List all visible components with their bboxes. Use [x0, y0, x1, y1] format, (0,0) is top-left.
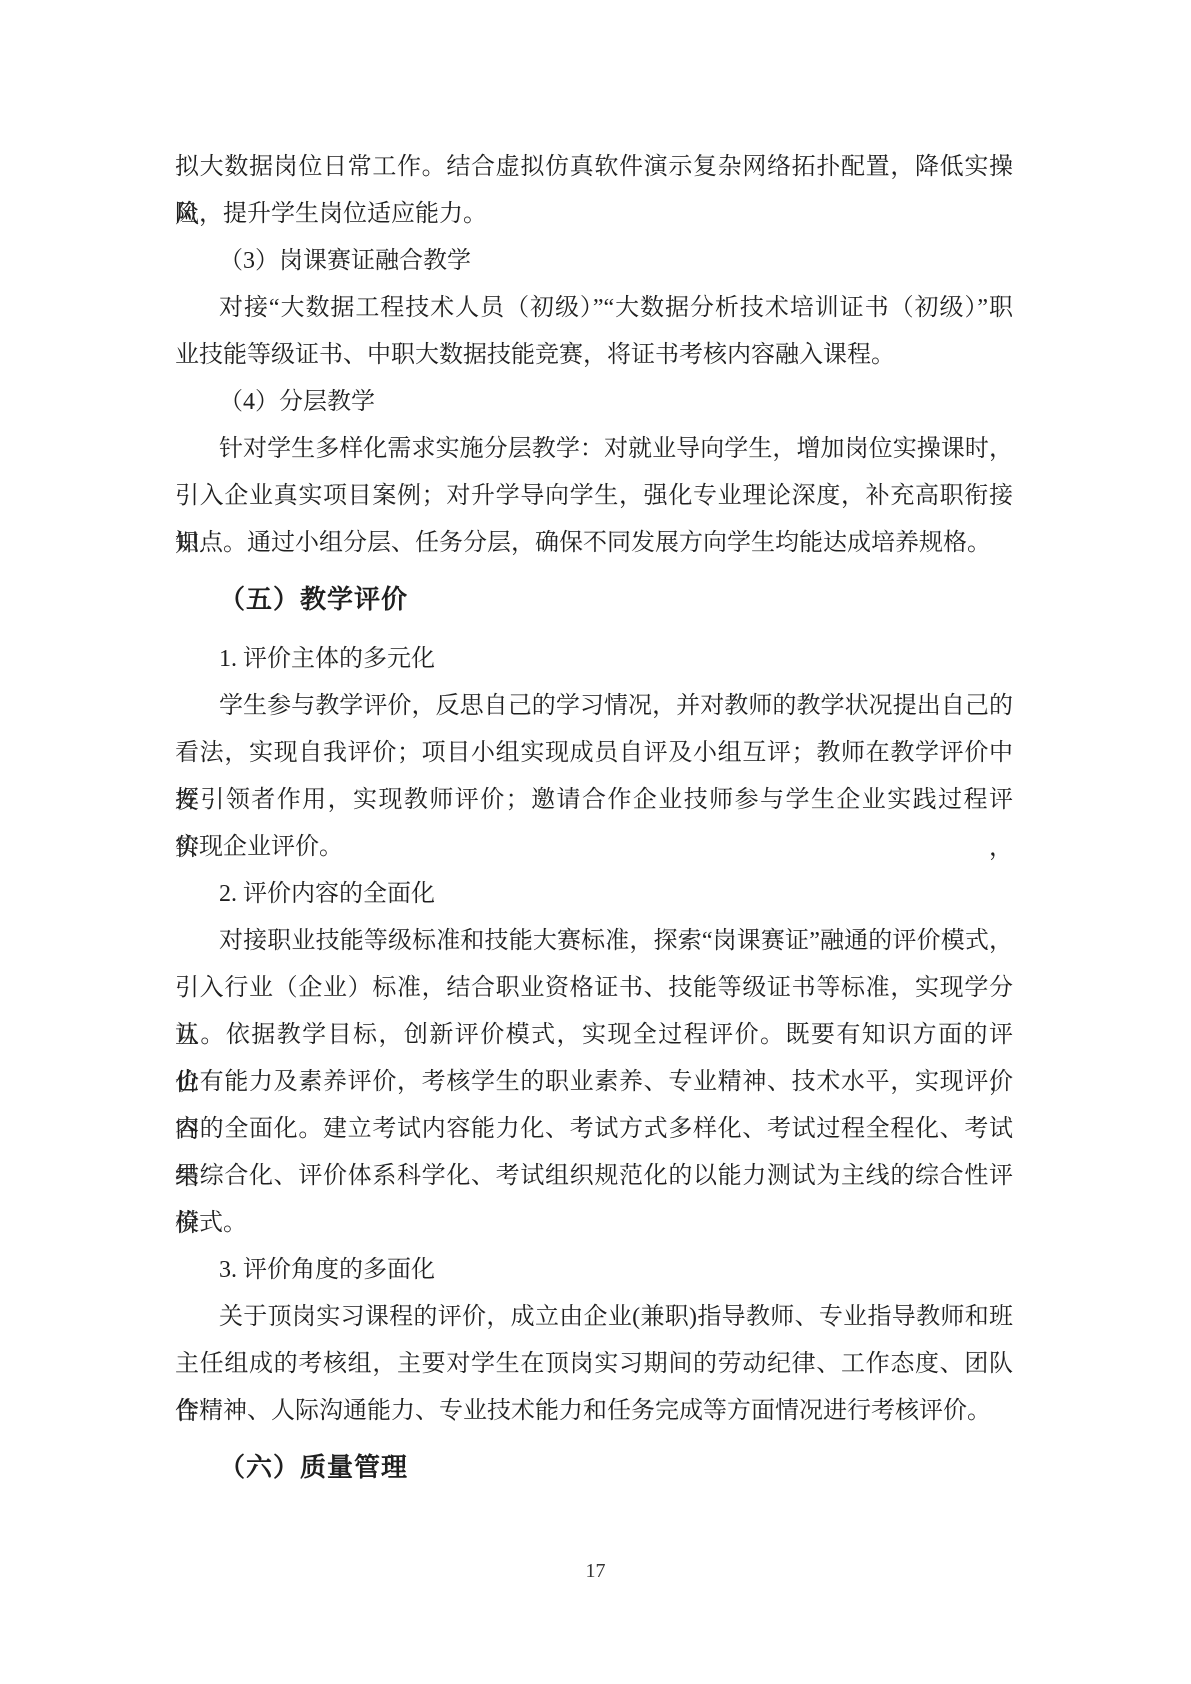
text-line: 挥引领者作用，实现教师评价；邀请合作企业技师参与学生企业实践过程评价， — [175, 776, 1013, 824]
text-line: 2. 评价内容的全面化 — [219, 870, 435, 918]
text-line: 3. 评价角度的多面化 — [219, 1246, 435, 1294]
page-number: 17 — [0, 1560, 1191, 1583]
text-line: 也有能力及素养评价，考核学生的职业素养、专业精神、技术水平，实现评价内 — [175, 1058, 1013, 1106]
text-line: 学生参与教学评价，反思自己的学习情况，并对教师的教学状况提出自己的 — [219, 682, 1013, 730]
text-line: 险，提升学生岗位适应能力。 — [175, 190, 487, 238]
text-line: 拟大数据岗位日常工作。结合虚拟仿真软件演示复杂网络拓扑配置，降低实操风 — [175, 143, 1013, 191]
text-line: （4）分层教学 — [219, 378, 375, 426]
text-line: 引入企业真实项目案例；对升学导向学生，强化专业理论深度，补充高职衔接知 — [175, 472, 1013, 520]
text-line: 业技能等级证书、中职大数据技能竞赛，将证书考核内容融入课程。 — [175, 331, 895, 379]
text-line: 果综合化、评价体系科学化、考试组织规范化的以能力测试为主线的综合性评价 — [175, 1152, 1013, 1200]
text-line: 针对学生多样化需求实施分层教学：对就业导向学生，增加岗位实操课时， — [219, 425, 1013, 473]
text-line: 认。依据教学目标，创新评价模式，实现全过程评价。既要有知识方面的评价， — [175, 1011, 1013, 1059]
section-heading: （六）质量管理 — [219, 1444, 408, 1492]
text-line: 模式。 — [175, 1199, 247, 1247]
text-block: 拟大数据岗位日常工作。结合虚拟仿真软件演示复杂网络拓扑配置，降低实操风险，提升学… — [0, 0, 1191, 1684]
text-line: 1. 评价主体的多元化 — [219, 635, 435, 683]
text-line: （3）岗课赛证融合教学 — [219, 237, 471, 285]
section-heading: （五）教学评价 — [219, 576, 408, 624]
text-line: 看法，实现自我评价；项目小组实现成员自评及小组互评；教师在教学评价中发 — [175, 729, 1013, 777]
text-line: 关于顶岗实习课程的评价，成立由企业(兼职)指导教师、专业指导教师和班 — [219, 1293, 1013, 1341]
text-line: 对接“大数据工程技术人员（初级）”“大数据分析技术培训证书（初级）”职 — [219, 284, 1013, 332]
text-line: 作精神、人际沟通能力、专业技术能力和任务完成等方面情况进行考核评价。 — [175, 1387, 991, 1435]
text-line: 识点。通过小组分层、任务分层，确保不同发展方向学生均能达成培养规格。 — [175, 519, 991, 567]
document-page: 拟大数据岗位日常工作。结合虚拟仿真软件演示复杂网络拓扑配置，降低实操风险，提升学… — [0, 0, 1191, 1684]
text-line: 引入行业（企业）标准，结合职业资格证书、技能等级证书等标准，实现学分互 — [175, 964, 1013, 1012]
text-line: 主任组成的考核组，主要对学生在顶岗实习期间的劳动纪律、工作态度、团队合 — [175, 1340, 1013, 1388]
text-line: 实现企业评价。 — [175, 823, 343, 871]
text-line: 对接职业技能等级标准和技能大赛标准，探索“岗课赛证”融通的评价模式， — [219, 917, 1013, 965]
text-line: 容的全面化。建立考试内容能力化、考试方式多样化、考试过程全程化、考试结 — [175, 1105, 1013, 1153]
